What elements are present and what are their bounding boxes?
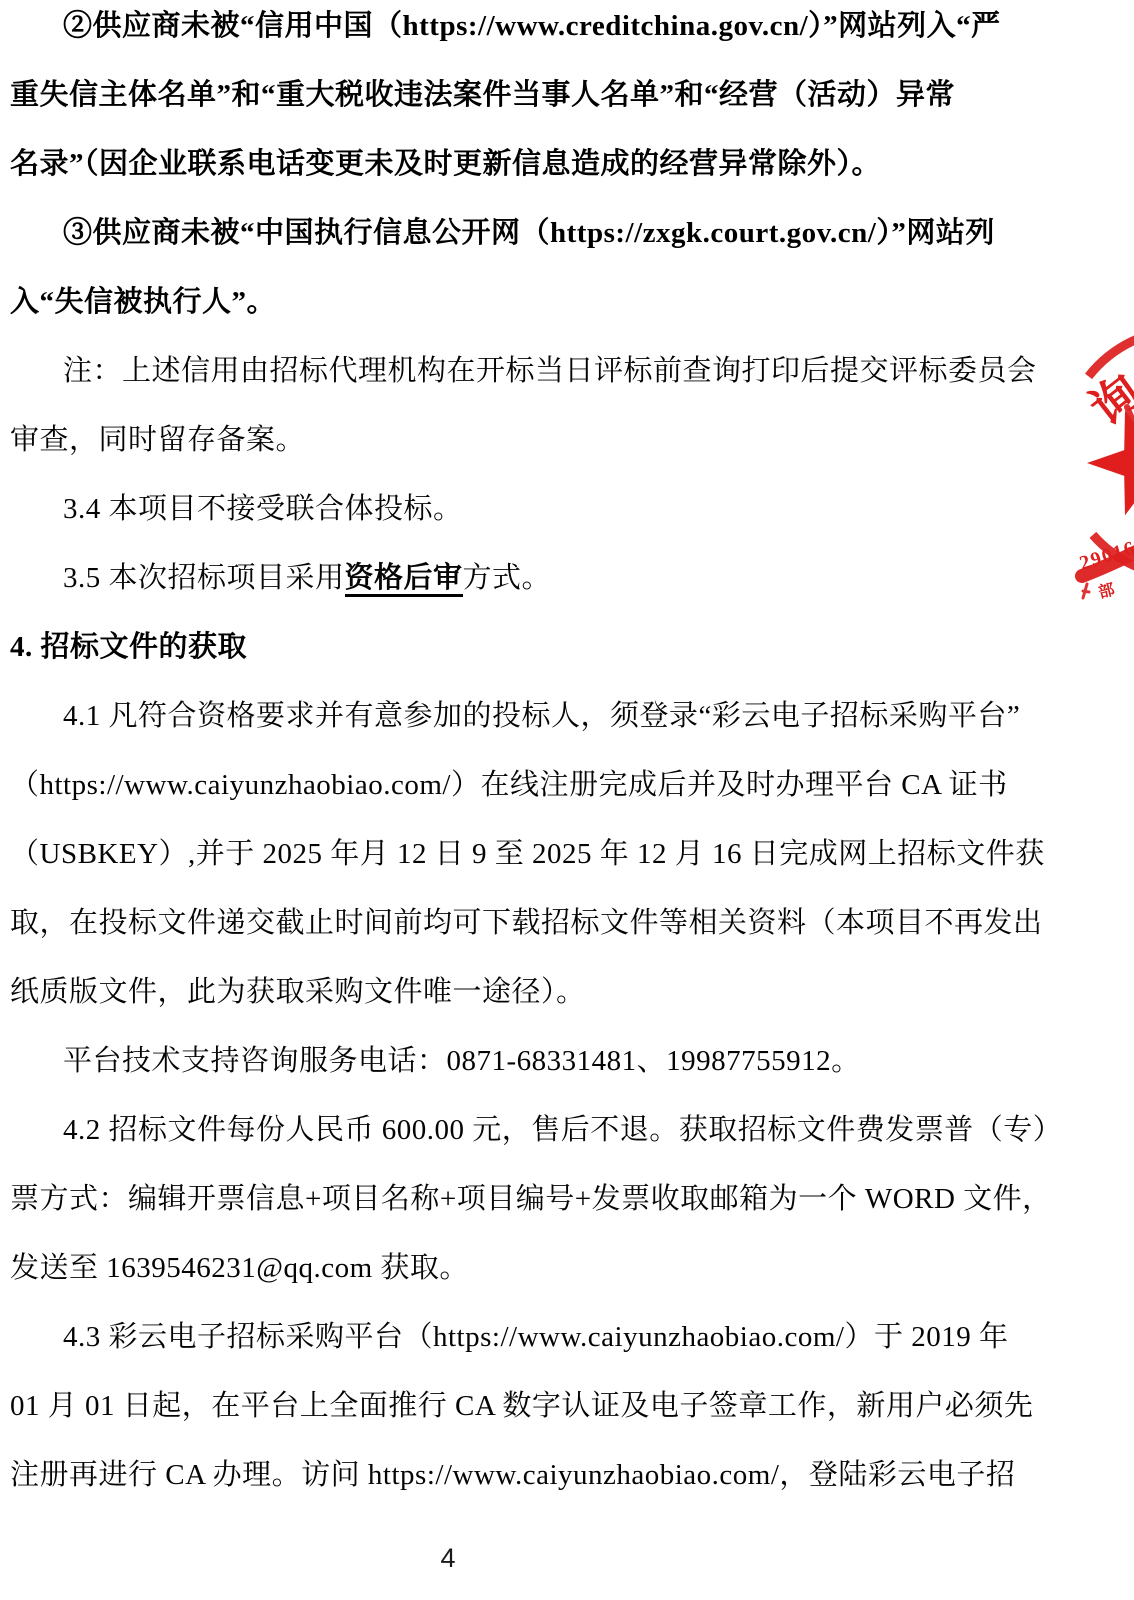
clause3-line2: 入“失信被执行人”。: [10, 268, 1128, 337]
clause-4-3-line1: 4.3 彩云电子招标采购平台（https://www.caiyunzhaobia…: [10, 1303, 1128, 1372]
note-line2: 审查，同时留存备案。: [10, 406, 1128, 475]
note-line1: 注：上述信用由招标代理机构在开标当日评标前查询打印后提交评标委员会: [10, 337, 1128, 406]
seal-char-fragment: [1127, 407, 1134, 437]
clause-4-1-line1: 4.1 凡符合资格要求并有意参加的投标人，须登录“彩云电子招标采购平台”: [10, 682, 1128, 751]
clause2-line2: 重失信主体名单”和“重大税收违法案件当事人名单”和“经营（活动）异常: [10, 61, 1128, 130]
clause-4-2-line1: 4.2 招标文件每份人民币 600.00 元，售后不退。获取招标文件费发票普（专…: [10, 1096, 1128, 1165]
section4-heading: 4. 招标文件的获取: [10, 613, 1128, 682]
support-phone-line: 平台技术支持咨询服务电话：0871-68331481、19987755912。: [10, 1027, 1128, 1096]
clause3-line1: ③供应商未被“中国执行信息公开网（https://zxgk.court.gov.…: [10, 199, 1128, 268]
clause-4-3-line2: 01 月 01 日起，在平台上全面推行 CA 数字认证及电子签章工作，新用户必须…: [10, 1372, 1128, 1441]
clause-3-5-emphasis: 资格后审: [345, 562, 463, 597]
document-page: ②供应商未被“信用中国（https://www.creditchina.gov.…: [0, 0, 1134, 1600]
clause-4-3-line3: 注册再进行 CA 办理。访问 https://www.caiyunzhaobia…: [10, 1441, 1128, 1510]
clause-4-2-line3: 发送至 1639546231@qq.com 获取。: [10, 1234, 1128, 1303]
clause-4-1-line3: （USBKEY）,并于 2025 年月 12 日 9 至 2025 年 12 月…: [10, 820, 1128, 889]
clause-3-4: 3.4 本项目不接受联合体投标。: [10, 475, 1128, 544]
document-body: ②供应商未被“信用中国（https://www.creditchina.gov.…: [10, 0, 1128, 1510]
clause-4-1-line2: （https://www.caiyunzhaobiao.com/）在线注册完成后…: [10, 751, 1128, 820]
clause-4-1-line4: 取，在投标文件递交截止时间前均可下载招标文件等相关资料（本项目不再发出: [10, 889, 1128, 958]
clause2-line3: 名录”（因企业联系电话变更未及时更新信息造成的经营异常除外）。: [10, 130, 1128, 199]
clause-3-5-suffix: 方式。: [463, 562, 552, 594]
clause-4-1-line5: 纸质版文件，此为获取采购文件唯一途径）。: [10, 958, 1128, 1027]
clause-3-5: 3.5 本次招标项目采用资格后审方式。: [10, 544, 1128, 613]
clause-4-2-line2: 票方式：编辑开票信息+项目名称+项目编号+发票收取邮箱为一个 WORD 文件，: [10, 1165, 1128, 1234]
page-number: 4: [408, 1543, 488, 1574]
clause-3-5-prefix: 3.5 本次招标项目采用: [63, 562, 345, 594]
clause2-line1: ②供应商未被“信用中国（https://www.creditchina.gov.…: [10, 0, 1128, 61]
